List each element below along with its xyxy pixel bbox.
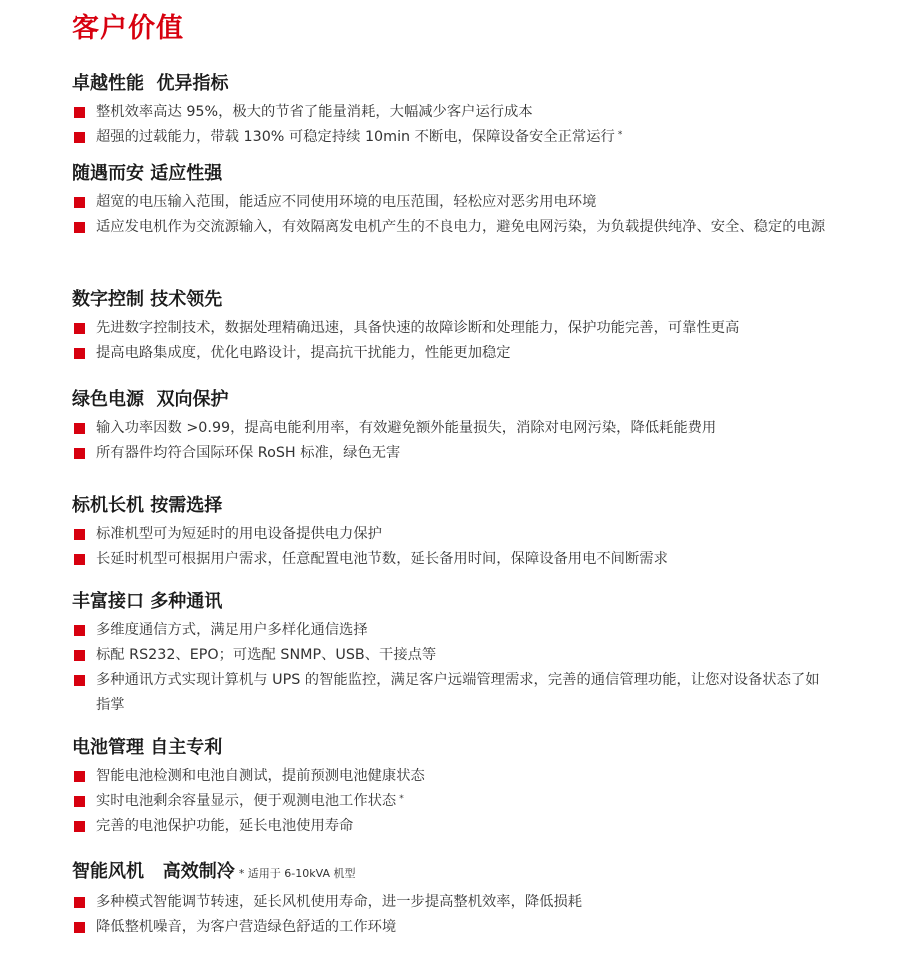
square-bullet-icon: [74, 323, 85, 334]
footnote-mark: *: [399, 794, 404, 804]
list-item: 适应发电机作为交流源输入，有效隔离发电机产生的不良电力，避免电网污染，为负载提供…: [72, 215, 832, 240]
section-title: 丰富接口 多种通讯: [72, 590, 832, 614]
square-bullet-icon: [74, 132, 85, 143]
section-performance: 卓越性能 优异指标 整机效率高达 95%，极大的节省了能量消耗，大幅减少客户运行…: [72, 72, 832, 150]
section-model-choice: 标机长机 按需选择 标准机型可为短延时的用电设备提供电力保护 长延时机型可根据用…: [72, 494, 832, 572]
section-interfaces: 丰富接口 多种通讯 多维度通信方式，满足用户多样化通信选择 标配 RS232、E…: [72, 590, 832, 718]
page-title: 客户价值: [72, 12, 184, 46]
list-item: 标配 RS232、EPO；可选配 SNMP、USB、干接点等: [72, 643, 832, 668]
list-item: 多种模式智能调节转速，延长风机使用寿命，进一步提高整机效率，降低损耗: [72, 890, 832, 915]
list-item: 所有器件均符合国际环保 RoSH 标准，绿色无害: [72, 441, 832, 466]
section-adaptability: 随遇而安 适应性强 超宽的电压输入范围，能适应不同使用环境的电压范围，轻松应对恶…: [72, 162, 832, 240]
square-bullet-icon: [74, 554, 85, 565]
list-item: 降低整机噪音，为客户营造绿色舒适的工作环境: [72, 915, 832, 940]
square-bullet-icon: [74, 448, 85, 459]
section-note: * 适用于 6-10kVA 机型: [239, 867, 356, 880]
square-bullet-icon: [74, 107, 85, 118]
list-item: 超强的过载能力，带载 130% 可稳定持续 10min 不断电，保障设备安全正常…: [72, 125, 832, 150]
list-item: 超宽的电压输入范围，能适应不同使用环境的电压范围，轻松应对恶劣用电环境: [72, 190, 832, 215]
square-bullet-icon: [74, 529, 85, 540]
square-bullet-icon: [74, 197, 85, 208]
square-bullet-icon: [74, 897, 85, 908]
square-bullet-icon: [74, 222, 85, 233]
square-bullet-icon: [74, 423, 85, 434]
list-item: 先进数字控制技术，数据处理精确迅速，具备快速的故障诊断和处理能力，保护功能完善，…: [72, 316, 832, 341]
section-title: 标机长机 按需选择: [72, 494, 832, 518]
footnote-mark: *: [618, 130, 623, 140]
section-title: 卓越性能 优异指标: [72, 72, 832, 96]
list-item: 长延时机型可根据用户需求，任意配置电池节数，延长备用时间，保障设备用电不间断需求: [72, 547, 832, 572]
square-bullet-icon: [74, 650, 85, 661]
section-green-power: 绿色电源 双向保护 输入功率因数 >0.99，提高电能利用率，有效避免额外能量损…: [72, 388, 832, 466]
square-bullet-icon: [74, 821, 85, 832]
square-bullet-icon: [74, 625, 85, 636]
list-item: 智能电池检测和电池自测试，提前预测电池健康状态: [72, 764, 832, 789]
section-title: 电池管理 自主专利: [72, 736, 832, 760]
square-bullet-icon: [74, 796, 85, 807]
square-bullet-icon: [74, 348, 85, 359]
section-title: 随遇而安 适应性强: [72, 162, 832, 186]
section-smart-fan: 智能风机 高效制冷* 适用于 6-10kVA 机型 多种模式智能调节转速，延长风…: [72, 860, 832, 940]
section-title: 智能风机 高效制冷* 适用于 6-10kVA 机型: [72, 860, 832, 886]
section-digital-control: 数字控制 技术领先 先进数字控制技术，数据处理精确迅速，具备快速的故障诊断和处理…: [72, 288, 832, 366]
square-bullet-icon: [74, 922, 85, 933]
square-bullet-icon: [74, 771, 85, 782]
section-battery-management: 电池管理 自主专利 智能电池检测和电池自测试，提前预测电池健康状态 实时电池剩余…: [72, 736, 832, 839]
list-item: 标准机型可为短延时的用电设备提供电力保护: [72, 522, 832, 547]
list-item: 实时电池剩余容量显示，便于观测电池工作状态*: [72, 789, 832, 814]
square-bullet-icon: [74, 675, 85, 686]
section-title: 数字控制 技术领先: [72, 288, 832, 312]
list-item: 输入功率因数 >0.99，提高电能利用率，有效避免额外能量损失，消除对电网污染，…: [72, 416, 832, 441]
list-item: 提高电路集成度，优化电路设计，提高抗干扰能力，性能更加稳定: [72, 341, 832, 366]
list-item: 完善的电池保护功能，延长电池使用寿命: [72, 814, 832, 839]
list-item: 多种通讯方式实现计算机与 UPS 的智能监控，满足客户远端管理需求，完善的通信管…: [72, 668, 832, 718]
section-title: 绿色电源 双向保护: [72, 388, 832, 412]
list-item: 多维度通信方式，满足用户多样化通信选择: [72, 618, 832, 643]
list-item: 整机效率高达 95%，极大的节省了能量消耗，大幅减少客户运行成本: [72, 100, 832, 125]
